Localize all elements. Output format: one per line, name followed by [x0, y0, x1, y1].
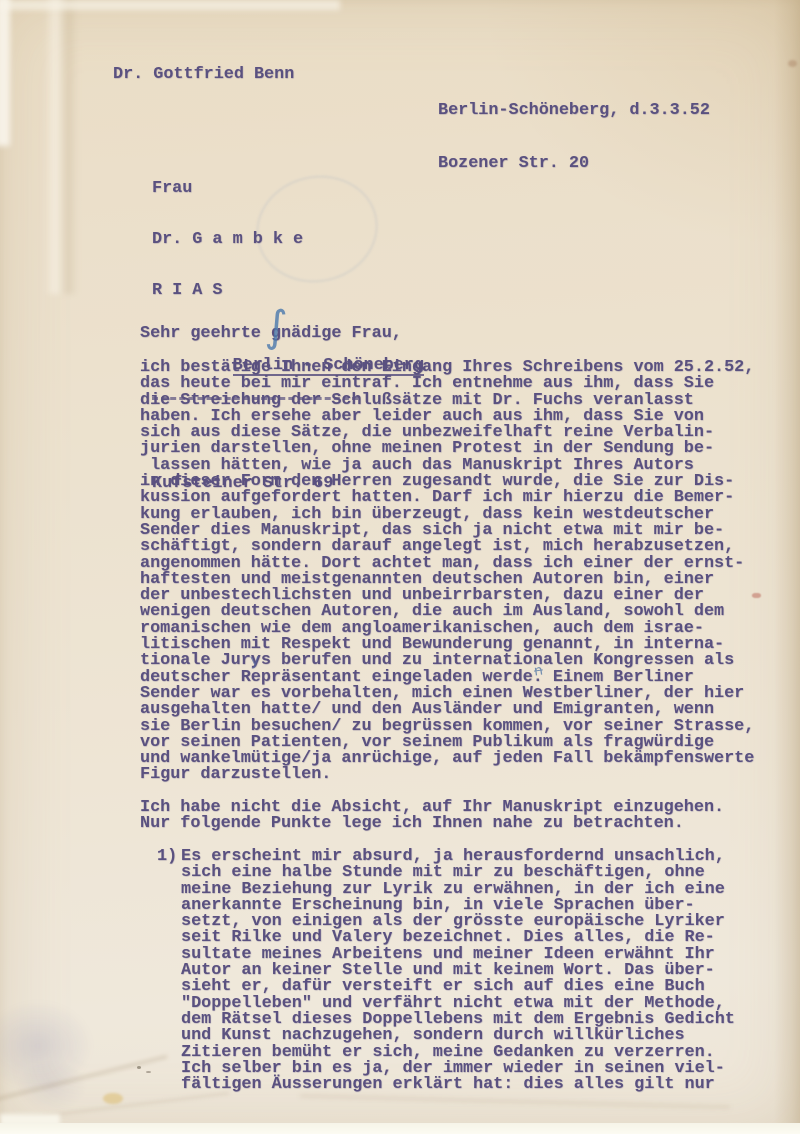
paper-sheet: Dr. Gottfried Benn Berlin-Schöneberg, d.… [0, 0, 800, 1134]
list-item-number: 1) [157, 849, 177, 865]
recipient-title: Frau [152, 180, 424, 197]
recipient-organization: R I A S [152, 282, 424, 299]
scanner-background-strip [0, 1123, 800, 1134]
paper-fold-crease [44, 0, 78, 294]
paper-corner-top-left [0, 0, 10, 146]
sender-street-line: Bozener Str. 20 [438, 155, 710, 173]
letter-scan: Dr. Gottfried Benn Berlin-Schöneberg, d.… [0, 0, 800, 1134]
list-item-text: Es erscheint mir absurd, ja herausforder… [181, 849, 735, 1093]
paper-edge-top [0, 0, 340, 10]
sender-name: Dr. Gottfried Benn [113, 67, 294, 83]
handwritten-correction-mark: ∫ [264, 306, 288, 350]
red-stain-2 [788, 60, 797, 67]
handwritten-overwrite-y: y [249, 650, 260, 670]
bottom-crease-3 [300, 1094, 730, 1108]
dirt-speck [137, 1066, 141, 1069]
date-block: Berlin-Schöneberg, d.3.3.52 Bozener Str.… [438, 67, 710, 208]
dirt-speck-2 [146, 1071, 151, 1073]
recipient-name: Dr. G a m b k e [152, 231, 424, 248]
body-paragraph-2: Ich habe nicht die Absicht, auf Ihr Manu… [140, 800, 724, 833]
yellow-stain [103, 1093, 123, 1104]
body-paragraph-1: ich bestätige Ihnen den Eingang Ihres Sc… [140, 360, 754, 784]
paper-shade-right [774, 0, 800, 1134]
place-date-line: Berlin-Schöneberg, d.3.3.52 [438, 102, 710, 120]
